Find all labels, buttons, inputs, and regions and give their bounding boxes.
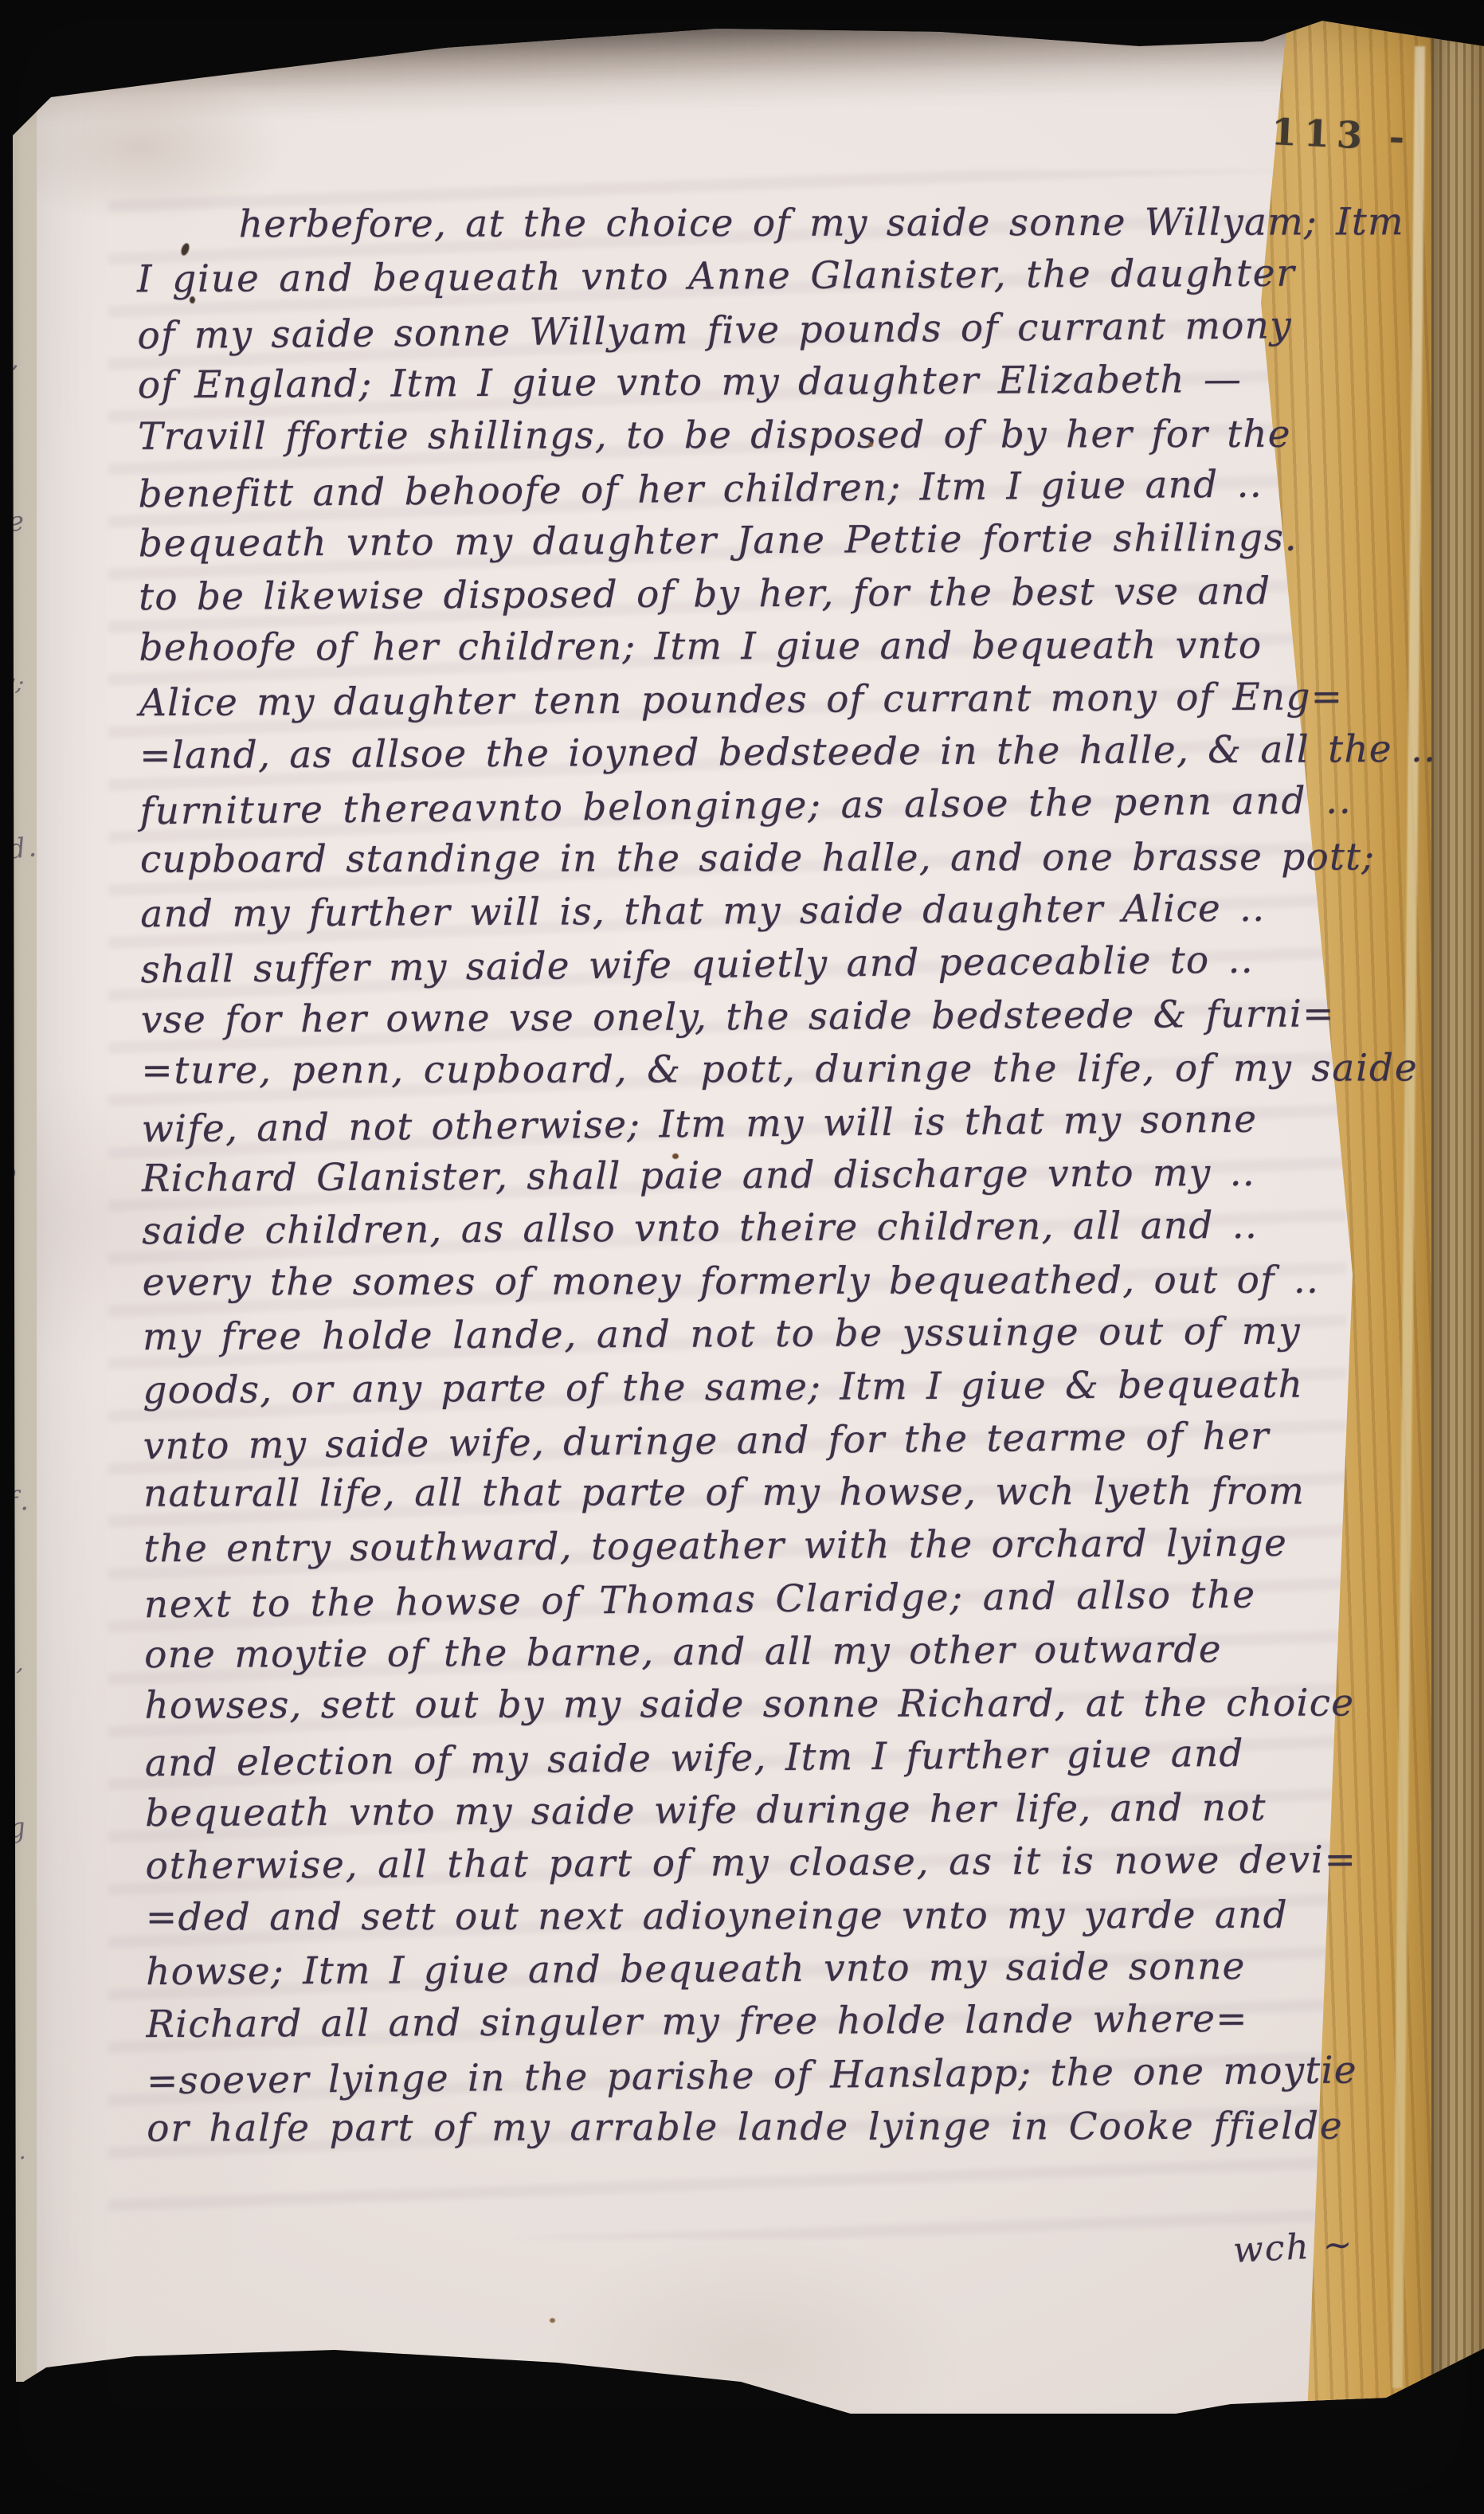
manuscript-line: wife, and not otherwise; Itm my will is … (141, 1091, 1416, 1156)
manuscript-line: Alice my daughter tenn poundes of curran… (139, 670, 1414, 730)
manuscript-photo: s,ey;d.l,pr,f.o,gt,b.; 113 - herbefore, … (0, 0, 1484, 2514)
manuscript-line: Richard Glanister, shall paie and discha… (142, 1146, 1416, 1206)
ink-speck (672, 1153, 679, 1159)
manuscript-line: vnto my saide wife, duringe and for the … (143, 1409, 1418, 1474)
manuscript-line: =land, as allsoe the ioyned bedsteede in… (139, 723, 1414, 783)
manuscript-line: bequeath vnto my daughter Jane Pettie fo… (139, 511, 1413, 571)
facing-page-text-fragment: o, (0, 1647, 29, 1677)
manuscript-line: to be likewise disposed of by her, for t… (139, 565, 1413, 625)
manuscript-text: herbefore, at the choice of my saide son… (137, 194, 1422, 2158)
manuscript-line: furniture thereavnto belonginge; as also… (139, 774, 1415, 839)
manuscript-line: or halfe part of my arrable lande lyinge… (147, 2100, 1421, 2156)
facing-page-text-fragment: y; (0, 668, 28, 697)
manuscript-line: =ture, penn, cupboard, & pott, duringe t… (141, 1043, 1415, 1098)
folio-number: 113 - (1271, 110, 1412, 159)
facing-page-text-fragment: s, (0, 341, 25, 376)
facing-page-text-fragment: f. (6, 1485, 32, 1519)
facing-page-text-fragment: p (0, 1158, 19, 1186)
manuscript-line: vse for her owne vse onely, the saide be… (141, 988, 1415, 1047)
manuscript-line: I giue and bequeath vnto Anne Glanister,… (137, 247, 1412, 307)
manuscript-line: herbefore, at the choice of my saide son… (239, 196, 1412, 251)
manuscript-line: every the somes of money formerly bequea… (143, 1254, 1417, 1310)
manuscript-line: the entry southward, togeather with the … (143, 1517, 1418, 1576)
ink-speck (550, 2318, 555, 2323)
page-stack-edge (1431, 32, 1484, 2430)
ink-speck (868, 442, 873, 447)
facing-page-text-fragment: d. (6, 831, 41, 866)
book-opening: s,ey;d.l,pr,f.o,gt,b.; 113 - herbefore, … (0, 0, 1484, 2514)
facing-page-text-fragment: ; (0, 2301, 9, 2335)
facing-page-text-fragment: l, (0, 994, 19, 1028)
manuscript-line: my free holde lande, and not to be yssui… (143, 1305, 1417, 1365)
manuscript-line: bequeath vnto my saide wife duringe her … (145, 1781, 1419, 1841)
manuscript-line: Travill ffortie shillings, to be dispose… (138, 408, 1412, 464)
manuscript-line: of England; Itm I giue vnto my daughter … (138, 353, 1412, 413)
ink-speck (190, 296, 195, 303)
manuscript-line: and my further will is, that my saide da… (140, 882, 1415, 942)
manuscript-line: cupboard standinge in the saide halle, a… (140, 831, 1415, 887)
manuscript-line: =soever lyinge in the parishe of Hanslap… (147, 2043, 1422, 2108)
facing-page-text-fragment: b. (0, 2137, 29, 2166)
manuscript-line: =ded and sett out next adioyneinge vnto … (146, 1889, 1420, 1944)
manuscript-line: otherwise, all that part of my cloase, a… (145, 1834, 1419, 1893)
manuscript-line: saide children, as allso vnto theire chi… (142, 1199, 1416, 1259)
facing-page-text-fragment: r, (0, 1321, 21, 1356)
catchword: wch ~ (1232, 2224, 1355, 2271)
manuscript-line: behoofe of her children; Itm I giue and … (139, 619, 1413, 675)
manuscript-line: naturall life, all that parte of my hows… (143, 1466, 1418, 1521)
manuscript-line: howses, sett out by my saide sonne Richa… (144, 1677, 1419, 1733)
manuscript-line: goods, or any parte of the same; Itm I g… (143, 1357, 1417, 1417)
facing-page-text-fragment: g (6, 1811, 29, 1845)
manuscript-line: howse; Itm I giue and bequeath vnto my s… (146, 1940, 1420, 1999)
facing-page-text-fragment: t, (0, 1974, 22, 2009)
manuscript-line: of my saide sonne Willyam five pounds of… (137, 299, 1412, 363)
manuscript-line: Richard all and singuler my free holde l… (146, 1992, 1420, 2052)
manuscript-line: one moytie of the barne, and all my othe… (144, 1622, 1419, 1682)
facing-page-text-fragment: e (6, 505, 28, 538)
